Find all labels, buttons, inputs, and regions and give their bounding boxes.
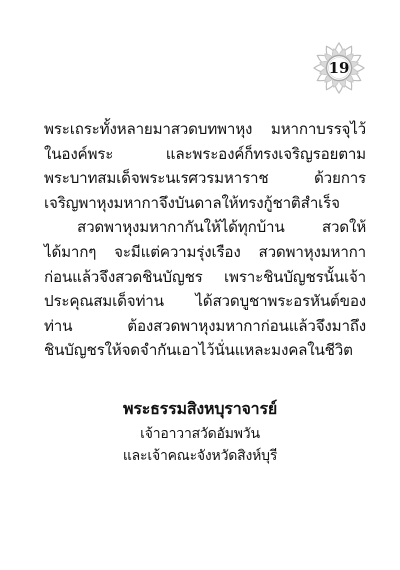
body-line: พระบาทสมเด็จพระนเรศวรมหาราช ด้วยการ [44,166,366,191]
body-line: เจริญพาหุงมหากาจึงบันดาลให้ทรงกู้ชาติสำเ… [44,191,366,216]
body-line: ประคุณสมเด็จท่าน ได้สวดบูชาพระอรหันต์ของ [44,289,366,314]
page-number: 19 [313,42,365,94]
body-line: ชินบัญชรให้จดจำกันเอาไว้นั่นแหละมงคลในชี… [44,338,366,363]
body-line: ท่าน ต้องสวดพาหุงมหากาก่อนแล้วจึงมาถึง [44,314,366,339]
body-line: ก่อนแล้วจึงสวดชินบัญชร เพราะชินบัญชรนั้น… [44,265,366,290]
signature-title-line-1: เจ้าอาวาสวัดอัมพวัน [0,423,400,445]
signature-name: พระธรรมสิงหบุราจารย์ [0,397,400,423]
body-paragraph: พระเถระทั้งหลายมาสวดบทพาหุง มหากาบรรจุไว… [44,117,366,363]
body-line: ได้มากๆ จะมีแต่ความรุ่งเรือง สวดพาหุงมหา… [44,240,366,265]
page-number-badge: 19 [313,42,365,94]
body-line: ในองค์พระ และพระองค์ก็ทรงเจริญรอยตาม [44,142,366,167]
body-line-indented: สวดพาหุงมหากากันให้ได้ทุกบ้าน สวดให้ [44,215,366,240]
signature-title-line-2: และเจ้าคณะจังหวัดสิงห์บุรี [0,445,400,467]
signature-block: พระธรรมสิงหบุราจารย์ เจ้าอาวาสวัดอัมพวัน… [0,397,400,467]
body-line: พระเถระทั้งหลายมาสวดบทพาหุง มหากาบรรจุไว… [44,117,366,142]
